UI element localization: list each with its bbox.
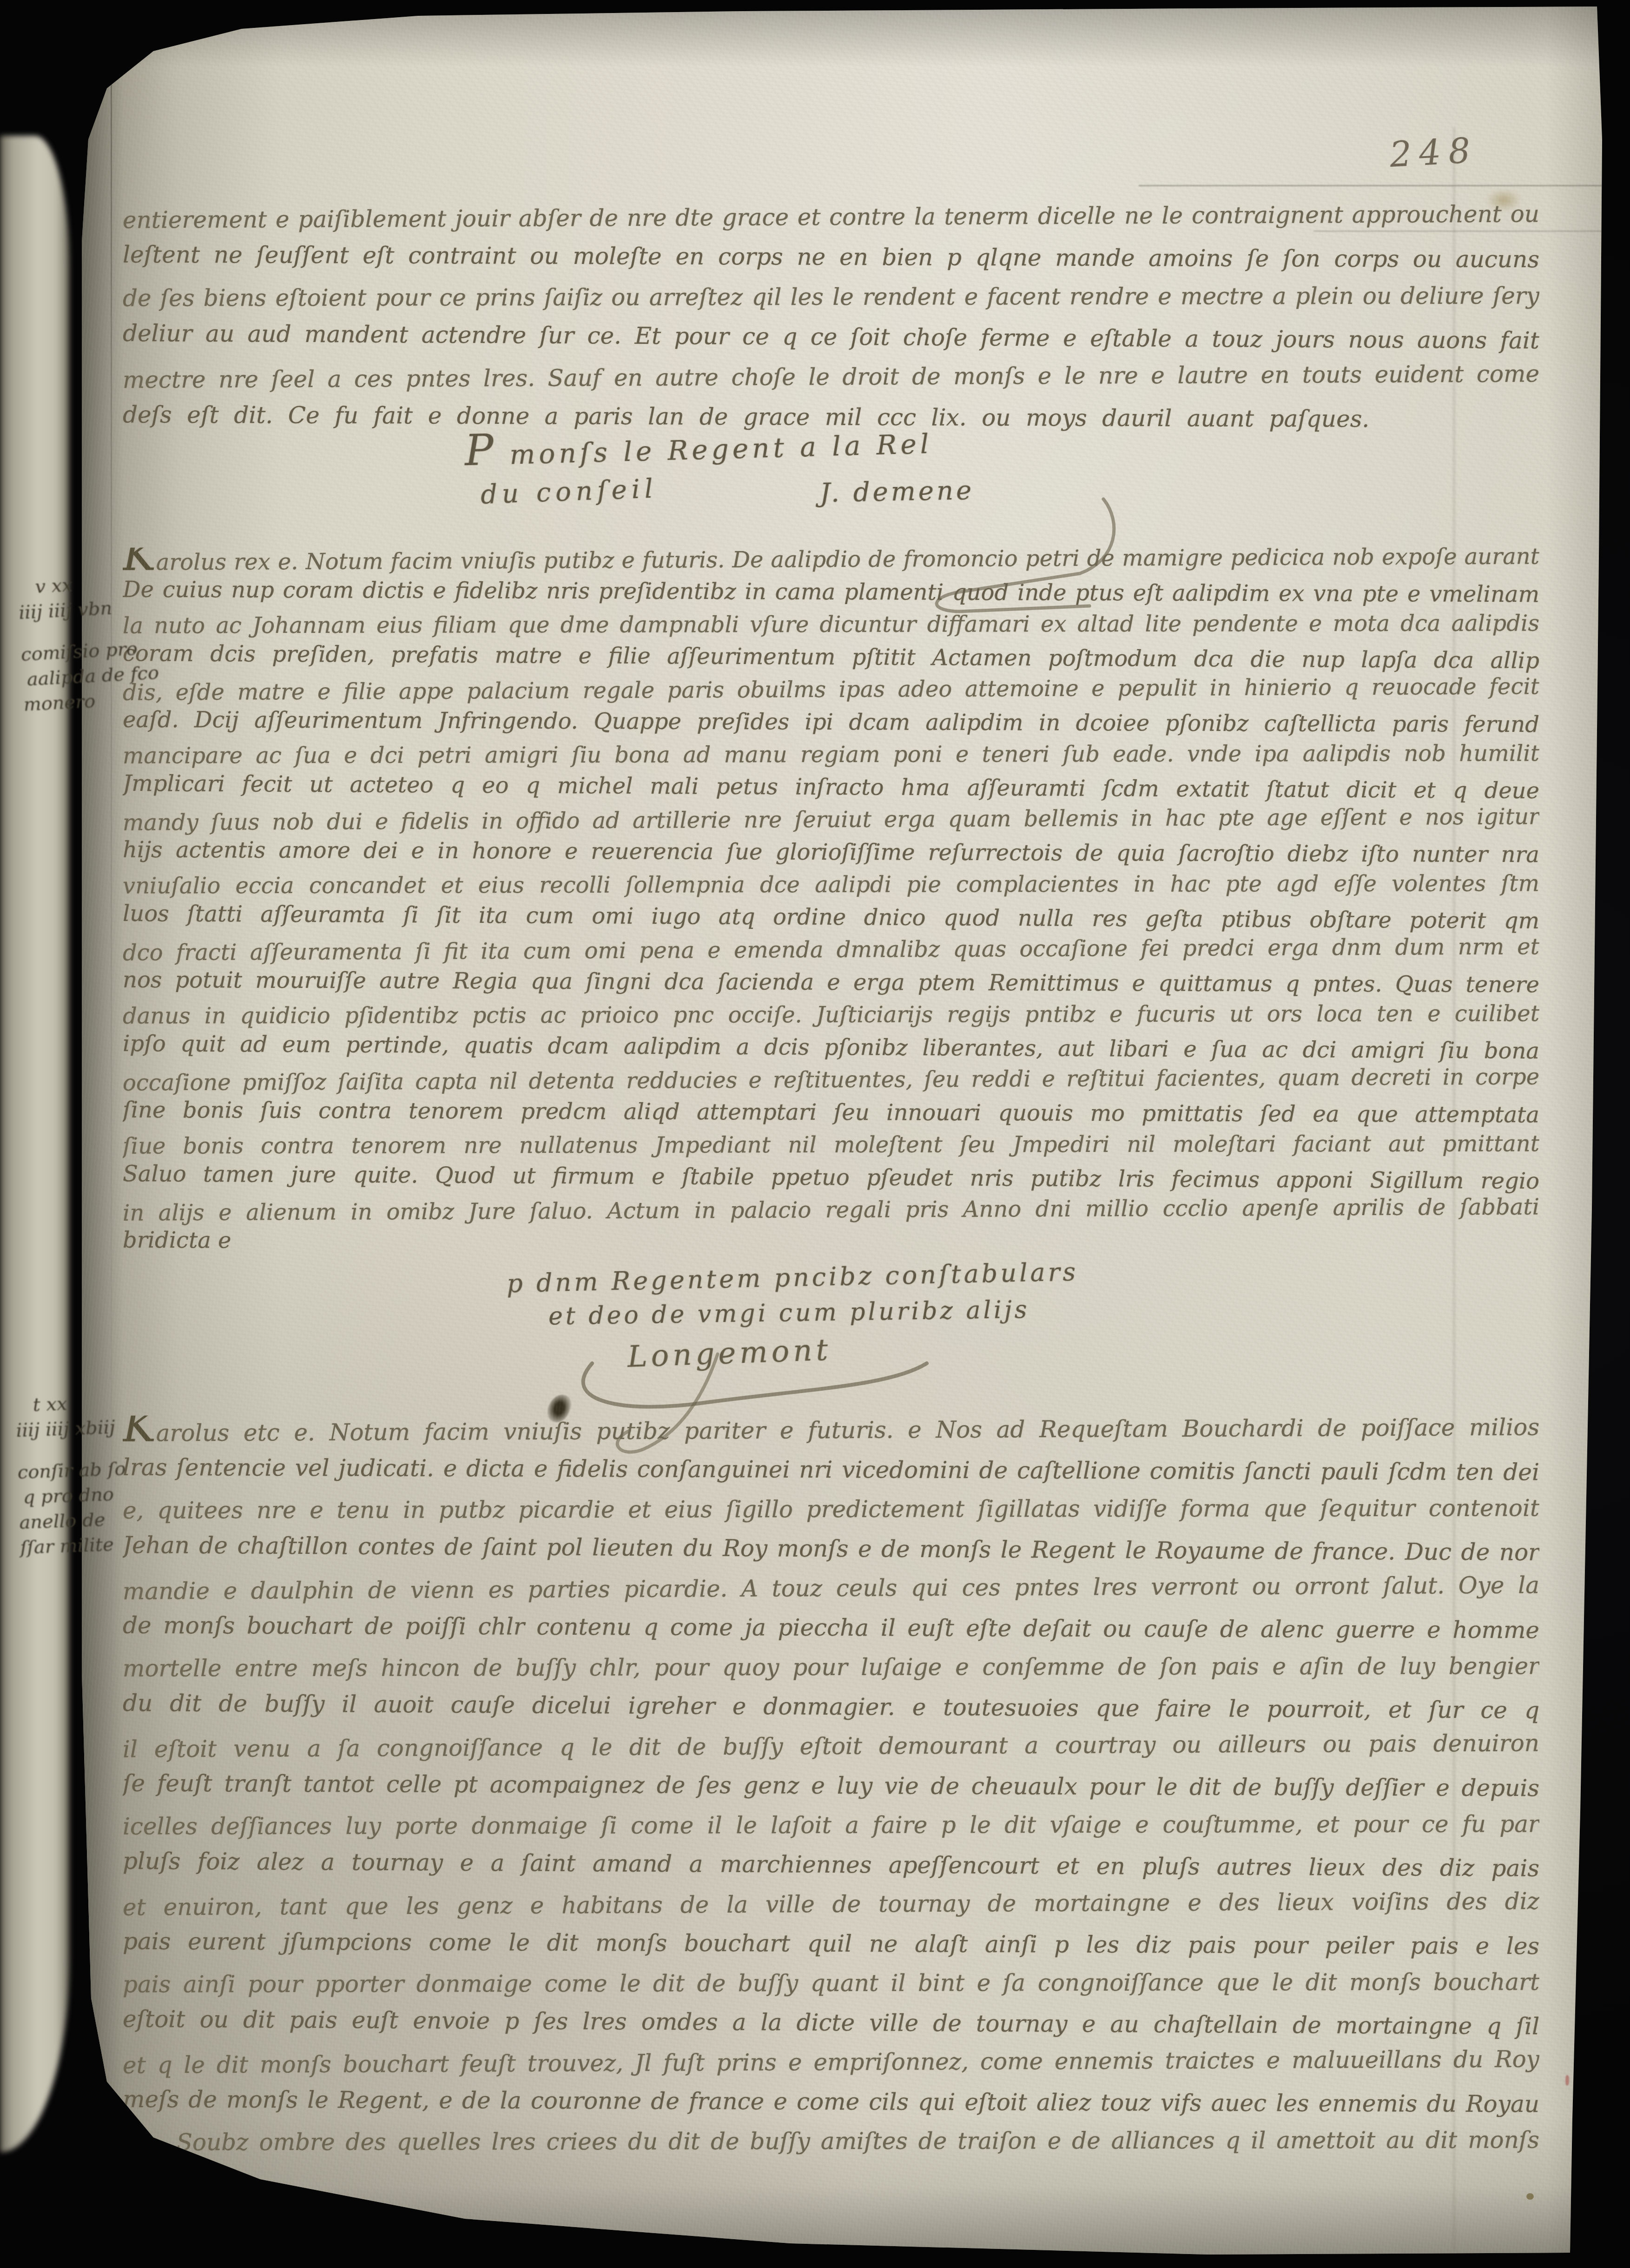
- text-line: vniuſalio eccia concandet et eius recoll…: [123, 868, 1539, 903]
- text-line: pais ainſi pour pporter donmaige come le…: [123, 1964, 1539, 2006]
- text-line: de monſs bouchart de poiſſi chlr contenu…: [123, 1608, 1539, 1652]
- margin-note-line: t xx: [33, 1389, 123, 1418]
- text-line: mancipare ac ſua e dci petri amigri ſiu …: [123, 738, 1539, 773]
- paragraph-latin: Karolus rex e. Notum facim vniuſis putib…: [123, 545, 1539, 1260]
- subscription-witnesses: et deo de vmgi cum pluribz alijs: [548, 1296, 1030, 1330]
- text-line: de ſes biens eſtoient pour ce prins ſaiſ…: [123, 277, 1539, 320]
- text-line: mandie e daulphin de vienn es parties pi…: [123, 1567, 1539, 1613]
- text-line: icelles deſſiances luy porte donmaige ſi…: [123, 1806, 1539, 1848]
- text-line: meſs de monſs le Regent, e de la couronn…: [123, 2082, 1539, 2126]
- red-speck: [1565, 2075, 1569, 2085]
- text-line: Jehan de chaſtillon contes de ſaint pol …: [123, 1527, 1539, 1574]
- text-line: eaſd. Dcij aſſeurimentum Jnfringendo. Qu…: [123, 705, 1539, 743]
- margin-note-line: conſir ab ſo: [17, 1456, 125, 1485]
- text-line: ſe feuſt tranſt tantot celle pt acompaig…: [123, 1766, 1539, 1810]
- margin-note-line: v xx: [34, 570, 125, 599]
- text-line: me. Soubz ombre des quelles lres criees …: [123, 2122, 1539, 2164]
- text-line: Karolus etc e. Notum facim vniuſis putib…: [123, 1409, 1539, 1455]
- parchment-page: 248 entierement e paiſiblement jouir abſ…: [82, 7, 1602, 2255]
- clerk-signature-longemont: Longemont: [627, 1333, 832, 1374]
- paragraph-french-2: Karolus etc e. Notum facim vniuſis putib…: [123, 1413, 1539, 2163]
- text-line: mortelle entre meſs hincon de buſſy chlr…: [123, 1648, 1539, 1690]
- text-line: dis, eſde matre e filie appe palacium re…: [123, 671, 1539, 710]
- text-line: ſiue bonis contra tenorem nre nullatenus…: [123, 1129, 1539, 1164]
- facing-page-fore-edge: [0, 136, 70, 2152]
- text-line: lras ſentencie vel judicati. e dicta e f…: [123, 1450, 1539, 1494]
- margin-note-2: t xx iiij iiij xbiij conſir ab ſo q pro …: [15, 1389, 127, 1560]
- text-line: dco fracti aſſeuramenta ſi fit ita cum o…: [123, 932, 1539, 970]
- text-line: mandy ſuus nob dui e fidelis in offido a…: [123, 802, 1539, 840]
- text-line: occaſione pmiſſoz ſaiſita capta nil dete…: [123, 1062, 1539, 1100]
- margin-note-line: iiij iiij xbiij: [16, 1414, 124, 1443]
- text-line: leſtent ne ſeuſſent eſt contraint ou mol…: [123, 237, 1539, 282]
- text-line: eſtoit ou dit pais euſt envoie p ſes lre…: [123, 2001, 1539, 2048]
- text-line: hijs actentis amore dei e in honore e re…: [123, 835, 1539, 873]
- text-line: deliur au aud mandent actendre ſur ce. E…: [123, 315, 1539, 362]
- margin-note-line: aalipda de fco: [26, 662, 130, 692]
- margin-note-line: iiij iiij vbn: [18, 595, 126, 625]
- text-line: in alijs e alienum in omibz Jure ſaluo. …: [123, 1192, 1539, 1230]
- text-line: Karolus rex e. Notum facim vniuſis putib…: [123, 541, 1539, 580]
- text-line: pluſs foiz alez a tournay e a ſaint aman…: [123, 1843, 1539, 1890]
- text-line: danus in quidicio pſidentibz pctis ac pr…: [123, 999, 1539, 1033]
- margin-note-1: v xx iiij iiij vbn comiſsio pro aalipda …: [17, 570, 131, 717]
- text-line: et q le dit monſs bouchart feuſt trouvez…: [123, 2041, 1539, 2087]
- text-line: De cuius nup coram dictis e fidelibz nri…: [123, 575, 1539, 612]
- text-line: pais eurent jſumpcions come le dit monſs…: [123, 1924, 1539, 1968]
- text-line: ſine bonis ſuis contra tenorem predcm al…: [123, 1095, 1539, 1133]
- text-line: mectre nre ſeel a ces pntes lres. Sauf e…: [123, 355, 1539, 401]
- text-line: nos potuit mouruiſſe autre Regia qua ſin…: [123, 965, 1539, 1003]
- text-block: entierement e paiſiblement jouir abſer d…: [123, 7, 1539, 2255]
- paragraph-french-1: entierement e paiſiblement jouir abſer d…: [123, 199, 1539, 439]
- subscription-regentem: p dnm Regentem pncibz conſtabulars: [506, 1257, 1078, 1298]
- text-line: il eſtoit venu a ſa congnoiſſance q le d…: [123, 1725, 1539, 1771]
- margin-note-line: q pro dno: [23, 1481, 126, 1510]
- text-line: e, quitees nre e tenu in putbz picardie …: [123, 1490, 1539, 1532]
- manuscript-scan: 248 entierement e paiſiblement jouir abſ…: [0, 0, 1630, 2268]
- text-line: entierement e paiſiblement jouir abſer d…: [123, 196, 1539, 242]
- margin-note-line: ſſar milite: [20, 1532, 127, 1560]
- text-line: la nuto ac Johannam eius filiam que dme …: [123, 608, 1539, 643]
- text-line: du dit de buſſy il auoit cauſe dicelui i…: [123, 1685, 1539, 1732]
- text-line: et enuiron, tant que les genz e habitans…: [123, 1883, 1539, 1929]
- margin-note-line: anello de: [19, 1506, 127, 1535]
- clerk-signature-demene: J. demene: [819, 475, 974, 508]
- ruling-line-vertical-margin: [111, 43, 112, 2097]
- text-line: bridicta e: [123, 1225, 1539, 1263]
- subscription-council: du conſeil: [480, 473, 658, 510]
